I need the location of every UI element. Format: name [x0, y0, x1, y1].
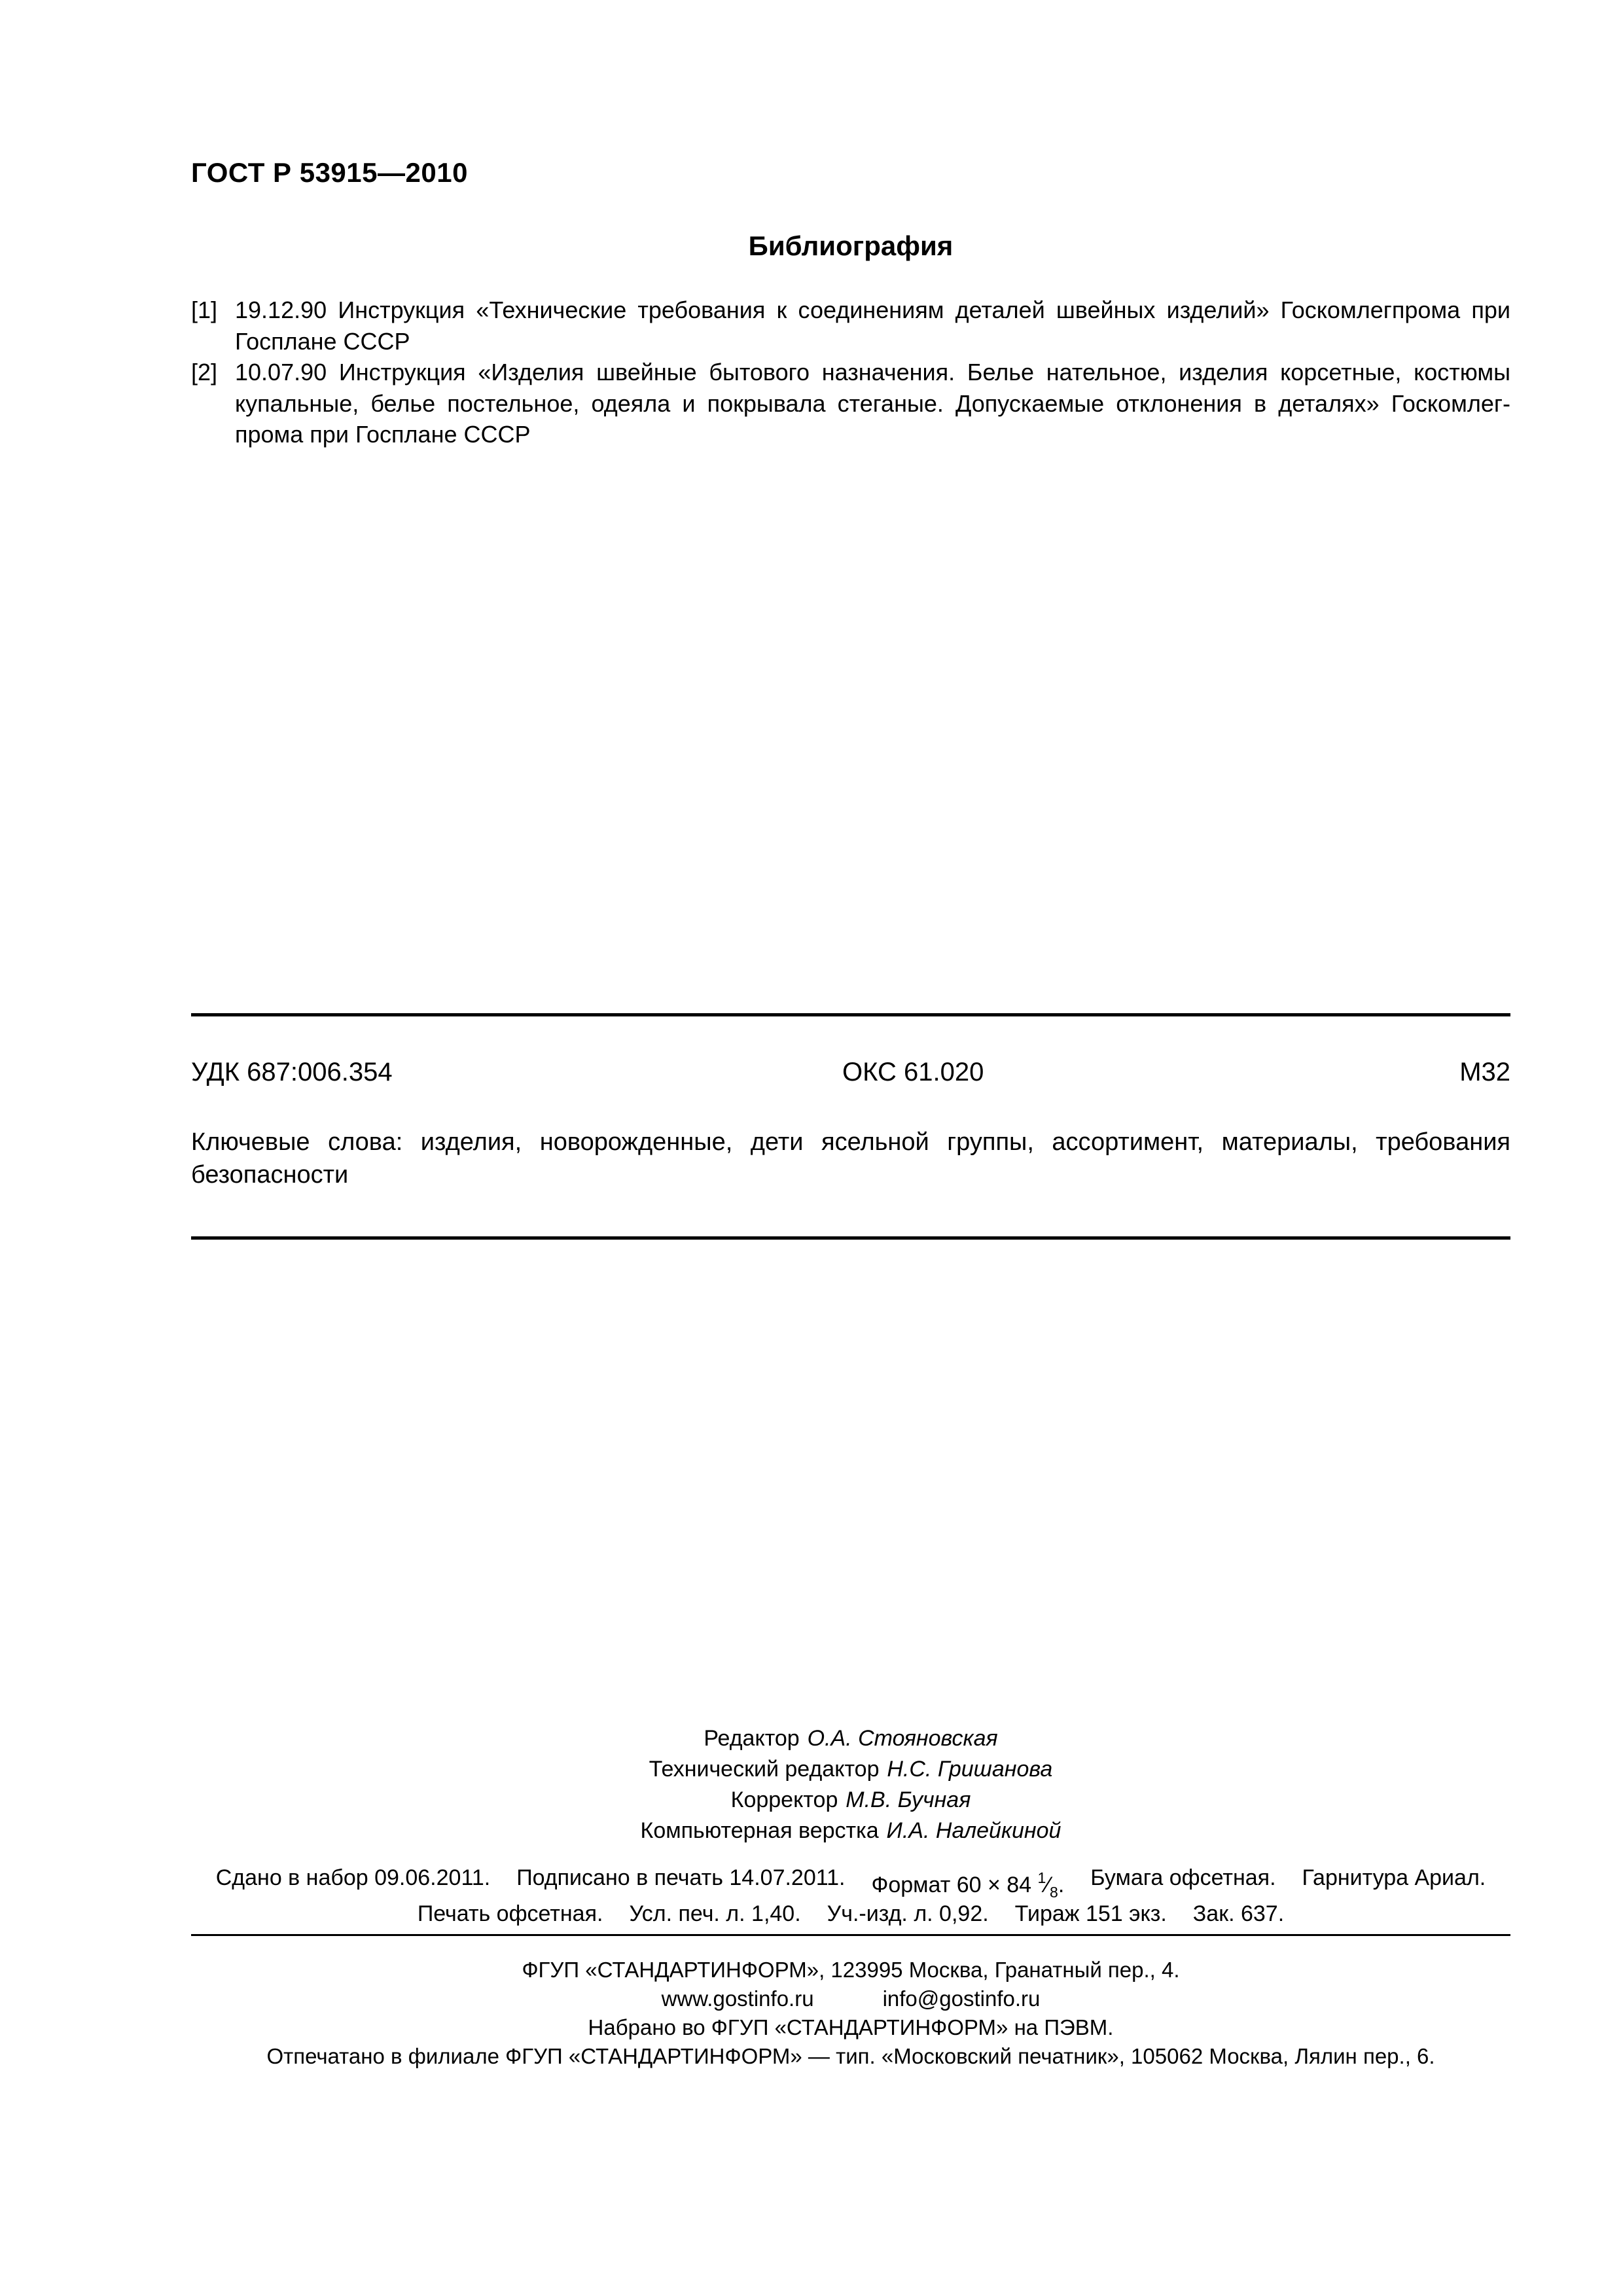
classification-row: УДК 687:006.354 ОКС 61.020 М32 [191, 1058, 1510, 1089]
imprint-segment: Тираж 151 экз. [1015, 1901, 1167, 1927]
doc-code: ГОСТ Р 53915—2010 [191, 157, 468, 188]
credit-line: Компьютерная версткаИ.А. Налейкиной [191, 1816, 1510, 1846]
format-text: Формат 60 × 84 [871, 1873, 1031, 1897]
divider-top [191, 1013, 1510, 1016]
imprint-segment: Усл. печ. л. 1,40. [629, 1901, 800, 1927]
imprint-segment: Гарнитура Ариал. [1302, 1865, 1486, 1905]
imprint-segment: Бумага офсетная. [1090, 1865, 1275, 1905]
imprint-line-2: Печать офсетная. Усл. печ. л. 1,40. Уч.-… [191, 1901, 1510, 1927]
credit-line: РедакторО.А. Стояновская [191, 1723, 1510, 1754]
format-fraction-denominator: 8 [1050, 1884, 1058, 1901]
bibliography-marker: [2] [191, 357, 235, 450]
publisher-address: ФГУП «СТАНДАРТИНФОРМ», 123995 Москва, Гр… [191, 1956, 1510, 1984]
bibliography-text: 10.07.90 Инструкция «Изделия швейные быт… [235, 357, 1510, 450]
keywords-paragraph: Ключевые слова: изделия, новорожденные, … [191, 1126, 1510, 1191]
bibliography-marker: [1] [191, 295, 235, 357]
document-page: ГОСТ Р 53915—2010 Библиография [1] 19.12… [0, 0, 1623, 2296]
credit-role: Технический редактор [649, 1757, 880, 1782]
credit-name: О.А. Стояновская [808, 1726, 998, 1751]
imprint-segment: Зак. 637. [1193, 1901, 1284, 1927]
credit-name: Н.С. Гришанова [887, 1757, 1052, 1782]
credit-line: КорректорМ.В. Бучная [191, 1785, 1510, 1816]
oks-code: ОКС 61.020 [842, 1058, 984, 1087]
bibliography-text: 19.12.90 Инструкция «Технические требова… [235, 295, 1510, 357]
imprint-line-1: Сдано в набор 09.06.2011. Подписано в пе… [191, 1865, 1510, 1905]
credit-role: Корректор [731, 1787, 838, 1812]
imprint-segment: Уч.-изд. л. 0,92. [827, 1901, 989, 1927]
bibliography-entry: [2] 10.07.90 Инструкция «Изделия швейные… [191, 357, 1510, 450]
credit-role: Редактор [704, 1726, 799, 1751]
imprint-segment-format: Формат 60 × 84 1⁄8. [871, 1865, 1064, 1905]
bibliography-entry: [1] 19.12.90 Инструкция «Технические тре… [191, 295, 1510, 357]
udk-code: УДК 687:006.354 [191, 1058, 393, 1087]
publisher-email: info@gostinfo.ru [883, 1984, 1041, 2013]
credit-name: И.А. Налейкиной [887, 1818, 1061, 1843]
imprint-segment: Сдано в набор 09.06.2011. [216, 1865, 490, 1905]
classification-code: М32 [1459, 1058, 1510, 1087]
publisher-website: www.gostinfo.ru [662, 1984, 814, 2013]
bibliography-list: [1] 19.12.90 Инструкция «Технические тре… [191, 295, 1510, 450]
publisher-typeset-note: Набрано во ФГУП «СТАНДАРТИНФОРМ» на ПЭВМ… [191, 2013, 1510, 2042]
divider-bottom [191, 1236, 1510, 1240]
credit-line: Технический редакторН.С. Гришанова [191, 1754, 1510, 1785]
credits-block: РедакторО.А. Стояновская Технический ред… [191, 1723, 1510, 1846]
credit-role: Компьютерная верстка [641, 1818, 879, 1843]
section-title: Библиография [191, 230, 1510, 262]
imprint-segment: Подписано в печать 14.07.2011. [516, 1865, 845, 1905]
publisher-contacts: www.gostinfo.ru info@gostinfo.ru [191, 1984, 1510, 2013]
divider-footer [191, 1934, 1510, 1936]
publisher-block: ФГУП «СТАНДАРТИНФОРМ», 123995 Москва, Гр… [191, 1956, 1510, 2071]
format-suffix: . [1058, 1873, 1064, 1897]
publisher-printed-note: Отпечатано в филиале ФГУП «СТАНДАРТИНФОР… [191, 2042, 1510, 2071]
imprint-segment: Печать офсетная. [418, 1901, 603, 1927]
format-fraction-numerator: 1 [1038, 1869, 1046, 1886]
credit-name: М.В. Бучная [846, 1787, 971, 1812]
